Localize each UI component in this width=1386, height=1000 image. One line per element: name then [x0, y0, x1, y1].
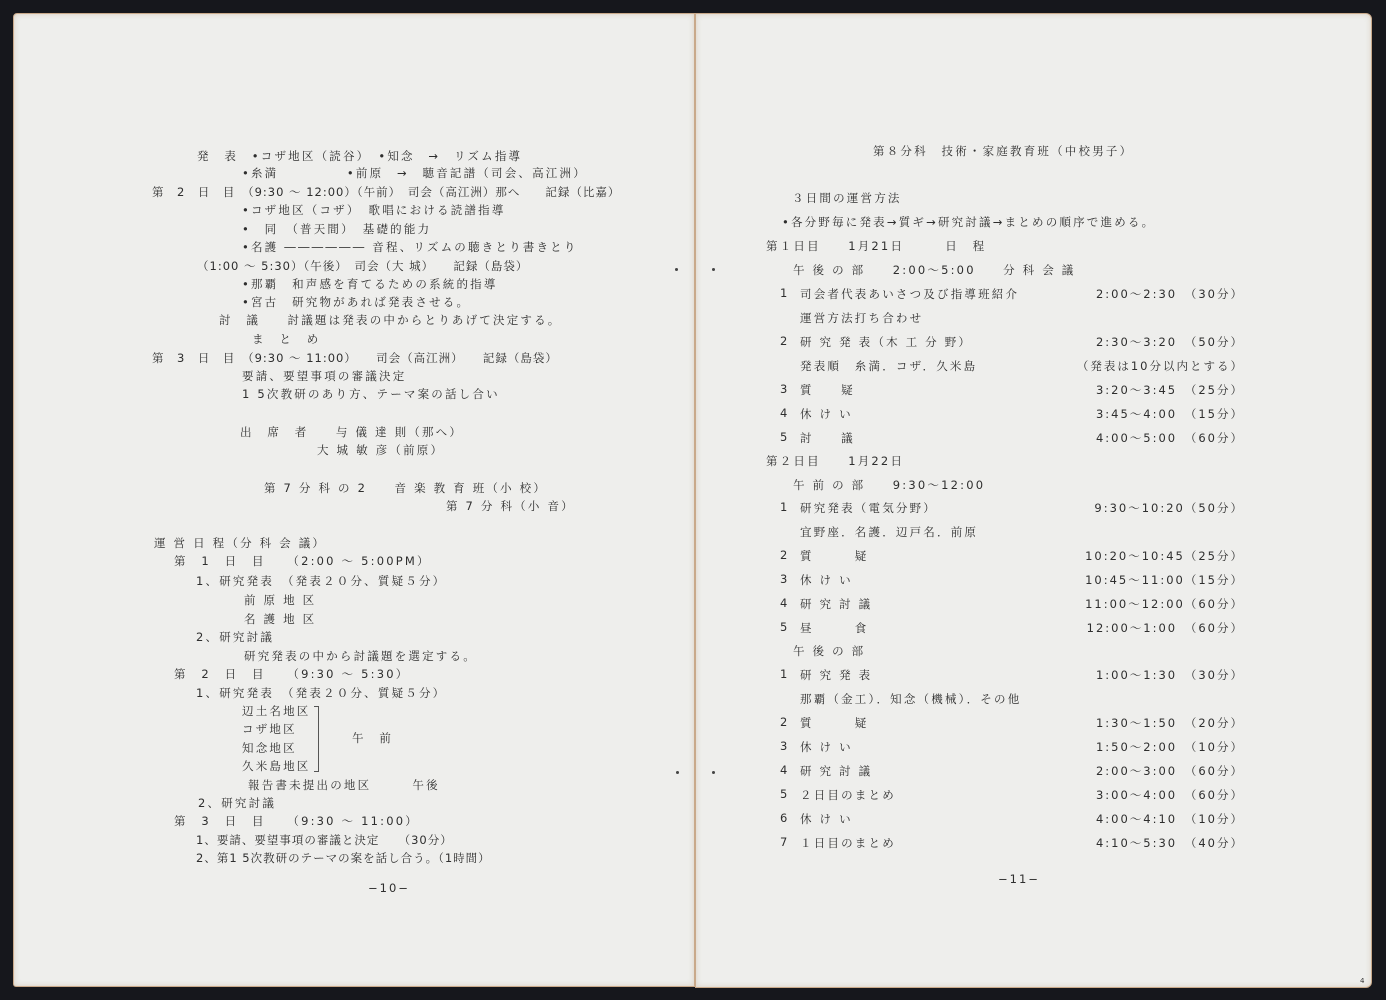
- text-line: 前 原 地 区: [244, 592, 316, 608]
- text-line: 1、要請、要望事項の審議と決定 （30分）: [196, 832, 453, 848]
- item-time: 1:30〜1:50 （20分）: [1096, 715, 1244, 731]
- item-time: 4:00〜4:10 （10分）: [1096, 811, 1244, 827]
- text-line: 2、研究討議: [198, 795, 276, 811]
- item-time: 1:00〜1:30 （30分）: [1096, 667, 1244, 683]
- item-time: 2:00〜2:30 （30分）: [1096, 286, 1244, 302]
- method-text: •各分野毎に発表→質ギ→研究討議→まとめの順序で進める。: [782, 214, 1155, 230]
- corner-mark: 4: [1360, 977, 1364, 985]
- item-label: １日目のまとめ: [800, 835, 896, 851]
- text-line: •糸満 •前原 → 聴音記譜（司会、高江洲）: [242, 165, 587, 181]
- item-label: 研 究 発 表: [800, 667, 872, 683]
- bracket: [314, 706, 319, 772]
- text-line: 研究発表の中から討議題を選定する。: [244, 648, 477, 664]
- item-label: 研 究 討 議: [800, 596, 872, 612]
- item-number: 4: [780, 406, 790, 420]
- day2-afternoon: 午 後 の 部: [793, 643, 865, 659]
- item-label: 研 究 討 議: [800, 763, 872, 779]
- item-label: 運営方法打ち合わせ: [800, 310, 923, 326]
- item-number: 7: [780, 835, 790, 849]
- text-line: 1、研究発表 （発表２０分、質疑５分）: [196, 685, 446, 701]
- item-label: 質 疑: [800, 548, 869, 564]
- item-label: 休 け い: [800, 572, 853, 588]
- text-line: 知念地区: [242, 740, 297, 756]
- text-line: ま と め: [252, 331, 321, 347]
- item-number: 2: [780, 334, 790, 348]
- item-label: 研究発表（電気分野）: [800, 500, 937, 516]
- item-label: 討 議: [800, 430, 855, 446]
- item-number: 3: [780, 572, 790, 586]
- item-time: 3:45〜4:00 （15分）: [1096, 406, 1244, 422]
- item-time: 2:30〜3:20 （50分）: [1096, 334, 1244, 350]
- item-number: 3: [780, 382, 790, 396]
- text-line: 第 3 日 目 （9:30 〜 11:00）: [174, 813, 419, 829]
- text-line: 2、研究討議: [196, 629, 274, 645]
- text-line: •コザ地区（コザ） 歌唱における読譜指導: [242, 202, 506, 218]
- day2-morning: 午 前 の 部 9:30〜12:00: [793, 477, 985, 493]
- item-label: 質 疑: [800, 715, 869, 731]
- text-line: 要請、要望事項の審議決定: [242, 368, 406, 384]
- page-number: −11−: [998, 872, 1040, 886]
- text-line: •那覇 和声感を育てるための系統的指導: [242, 276, 498, 292]
- item-time: 11:00〜12:00（60分）: [1085, 596, 1244, 612]
- item-number: 1: [780, 500, 790, 514]
- text-line: •名護 ―――――― 音程、リズムの聴きとり書きとり: [242, 239, 578, 255]
- item-label: 発表順 糸満．コザ．久米島: [800, 358, 977, 374]
- item-label: 昼 食: [800, 620, 869, 636]
- item-number: 3: [780, 739, 790, 753]
- attendee-line: 大 城 敏 彦（前原）: [317, 442, 444, 458]
- binding-hole: [712, 268, 715, 271]
- item-label: ２日目のまとめ: [800, 787, 896, 803]
- method-heading: ３日間の運営方法: [792, 190, 902, 206]
- item-label: 研 究 発 表（木 工 分 野）: [800, 334, 972, 350]
- item-label: 休 け い: [800, 811, 853, 827]
- item-time: 3:00〜4:00 （60分）: [1096, 787, 1244, 803]
- item-label: 休 け い: [800, 739, 853, 755]
- text-line: 1 5次教研のあり方、テーマ案の話し合い: [242, 386, 500, 402]
- page-number: −10−: [368, 881, 410, 895]
- item-number: 2: [780, 715, 790, 729]
- text-line: 2、第1 5次教研のテーマの案を話し合う。（1時間）: [196, 850, 491, 866]
- section-subheading: 第 7 分 科（小 音）: [446, 498, 575, 514]
- item-label: 那覇（金工）．知念（機械）．その他: [800, 691, 1021, 707]
- item-time: 3:20〜3:45 （25分）: [1096, 382, 1244, 398]
- text-line: 発 表 •コザ地区（読谷） •知念 → リズム指導: [197, 148, 522, 164]
- item-time: 10:45〜11:00（15分）: [1085, 572, 1244, 588]
- text-line: 名 護 地 区: [244, 611, 316, 627]
- item-label: 休 け い: [800, 406, 853, 422]
- item-time: 4:00〜5:00 （60分）: [1096, 430, 1244, 446]
- item-number: 4: [780, 596, 790, 610]
- section-heading: 第 7 分 科 の 2 音 楽 教 育 班（小 校）: [264, 480, 547, 496]
- item-number: 5: [780, 787, 790, 801]
- item-label: 司会者代表あいさつ及び指導班紹介: [800, 286, 1019, 302]
- attendee-line: 出 席 者 与 儀 達 則（那へ）: [240, 424, 463, 440]
- day1-heading: 第１日目 1月21日 日 程: [766, 238, 986, 254]
- item-time: 9:30〜10:20（50分）: [1094, 500, 1244, 516]
- item-number: 4: [780, 763, 790, 777]
- item-time: 10:20〜10:45（25分）: [1085, 548, 1244, 564]
- text-line: 1、研究発表 （発表２０分、質疑５分）: [196, 573, 446, 589]
- text-line: 運 営 日 程（分 科 会 議）: [154, 535, 326, 551]
- item-number: 6: [780, 811, 790, 825]
- item-time: 4:10〜5:30 （40分）: [1096, 835, 1244, 851]
- item-time: （発表は10分以内とする）: [1077, 358, 1244, 374]
- item-time: 1:50〜2:00 （10分）: [1096, 739, 1244, 755]
- page-title: 第８分科 技術・家庭教育班（中校男子）: [873, 143, 1133, 159]
- text-line: 第 3 日 目 （9:30 〜 11:00） 司会（高江洲） 記録（島袋）: [152, 350, 558, 366]
- text-line: 第 1 日 目 （2:00 〜 5:00PM）: [174, 553, 431, 569]
- text-line: 討 議 討議題は発表の中からとりあげて決定する。: [219, 312, 562, 328]
- text-line: コザ地区: [242, 721, 297, 737]
- text-line: 報告書未提出の地区 午後: [248, 777, 440, 793]
- text-line: （1:00 〜 5:30）（午後） 司会（大 城） 記録（島袋）: [197, 258, 528, 274]
- item-label: 宜野座．名護．辺戸名．前原: [800, 524, 978, 540]
- item-time: 2:00〜3:00 （60分）: [1096, 763, 1244, 779]
- left-page: 発 表 •コザ地区（読谷） •知念 → リズム指導 •糸満 •前原 → 聴音記譜…: [13, 13, 695, 987]
- binding-hole: [676, 771, 679, 774]
- text-line: 第 2 日 目 （9:30 〜 12:00）（午前） 司会（高江洲）那へ 記録（…: [152, 184, 620, 200]
- item-number: 5: [780, 430, 790, 444]
- item-number: 5: [780, 620, 790, 634]
- text-line: • 同 （普天間） 基礎的能力: [242, 221, 431, 237]
- text-line: 辺土名地区: [242, 703, 311, 719]
- text-line: 午 前: [352, 730, 393, 746]
- item-time: 12:00〜1:00 （60分）: [1087, 620, 1244, 636]
- day1-session: 午 後 の 部 2:00〜5:00 分 科 会 議: [793, 262, 1075, 278]
- binding-hole: [712, 771, 715, 774]
- item-number: 2: [780, 548, 790, 562]
- text-line: 久米島地区: [242, 758, 311, 774]
- text-line: •宮古 研究物があれば発表させる。: [242, 294, 470, 310]
- right-page: 第８分科 技術・家庭教育班（中校男子） ３日間の運営方法 •各分野毎に発表→質ギ…: [695, 13, 1372, 988]
- item-number: 1: [780, 667, 790, 681]
- item-label: 質 疑: [800, 382, 855, 398]
- binding-hole: [675, 268, 678, 271]
- day2-heading: 第２日目 1月22日: [766, 453, 904, 469]
- text-line: 第 2 日 目 （9:30 〜 5:30）: [174, 666, 409, 682]
- item-number: 1: [780, 286, 790, 300]
